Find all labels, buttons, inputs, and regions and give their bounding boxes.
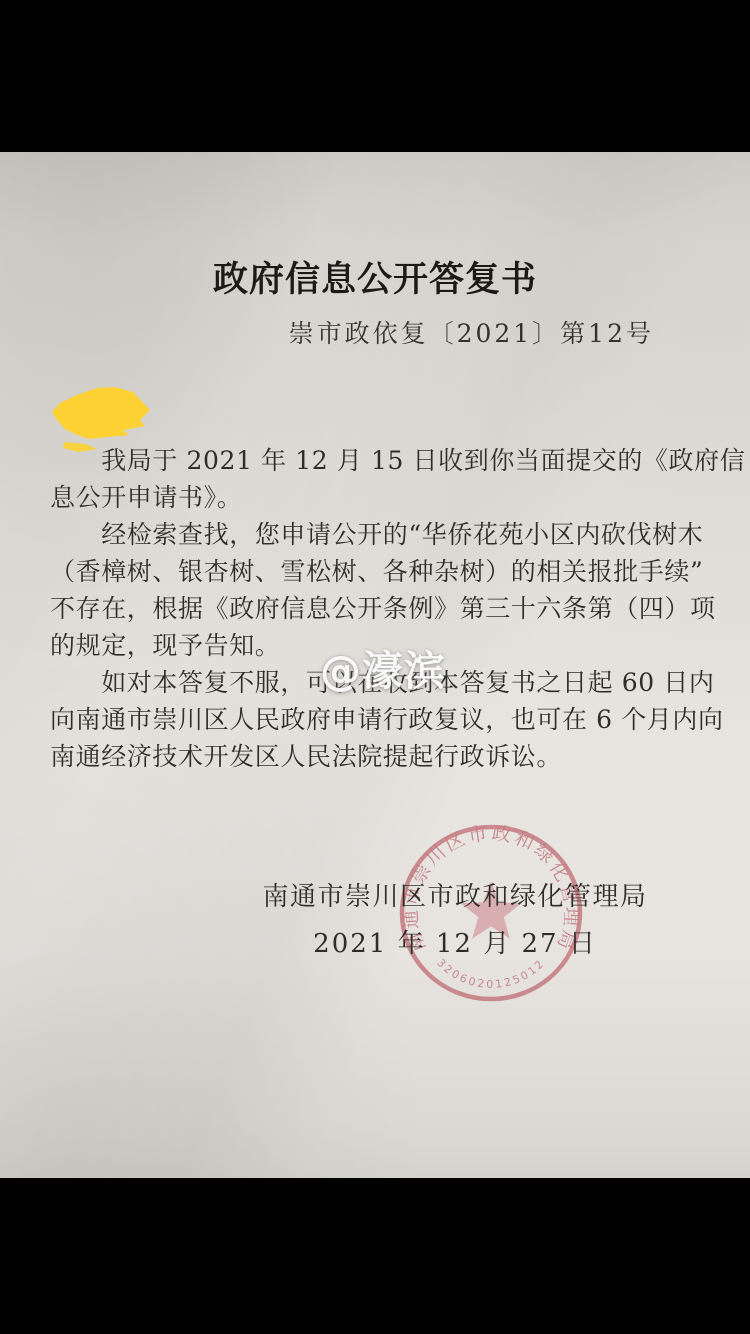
document-body: 我局于 2021 年 12 月 15 日收到你当面提交的《政府信息公开申请书》。… xyxy=(50,442,706,775)
body-line: 向南通市崇川区人民政府申请行政复议，也可在 6 个月内向 xyxy=(50,701,706,738)
body-line: 不存在，根据《政府信息公开条例》第三十六条第（四）项 xyxy=(50,590,706,627)
photo-of-document: 政府信息公开答复书 崇市政依复〔2021〕第12号 我局于 2021 年 12 … xyxy=(0,0,750,1334)
body-line: 息公开申请书》。 xyxy=(50,479,706,516)
paper-sheet: 政府信息公开答复书 崇市政依复〔2021〕第12号 我局于 2021 年 12 … xyxy=(0,152,750,1178)
redaction-blob xyxy=(52,387,150,439)
body-line: 经检索查找，您申请公开的“华侨花苑小区内砍伐树木 xyxy=(50,516,706,553)
svg-text:3206020125012: 3206020125012 xyxy=(434,956,548,991)
signature-agency: 南通市崇川区市政和绿化管理局 xyxy=(240,880,670,914)
document-number: 崇市政依复〔2021〕第12号 xyxy=(289,314,654,350)
seal-code: 3206020125012 xyxy=(434,956,548,991)
body-line: 南通经济技术开发区人民法院提起行政诉讼。 xyxy=(50,738,706,775)
watermark-text: @濠滨 xyxy=(320,638,446,697)
signature-block: 南通市崇川区市政和绿化管理局 2021 年 12 月 27 日 xyxy=(240,880,670,961)
signature-date: 2021 年 12 月 27 日 xyxy=(240,927,670,961)
body-line: 我局于 2021 年 12 月 15 日收到你当面提交的《政府信 xyxy=(50,442,706,479)
body-line: （香樟树、银杏树、雪松树、各种杂树）的相关报批手续” xyxy=(50,553,706,590)
document-title: 政府信息公开答复书 xyxy=(0,252,750,302)
